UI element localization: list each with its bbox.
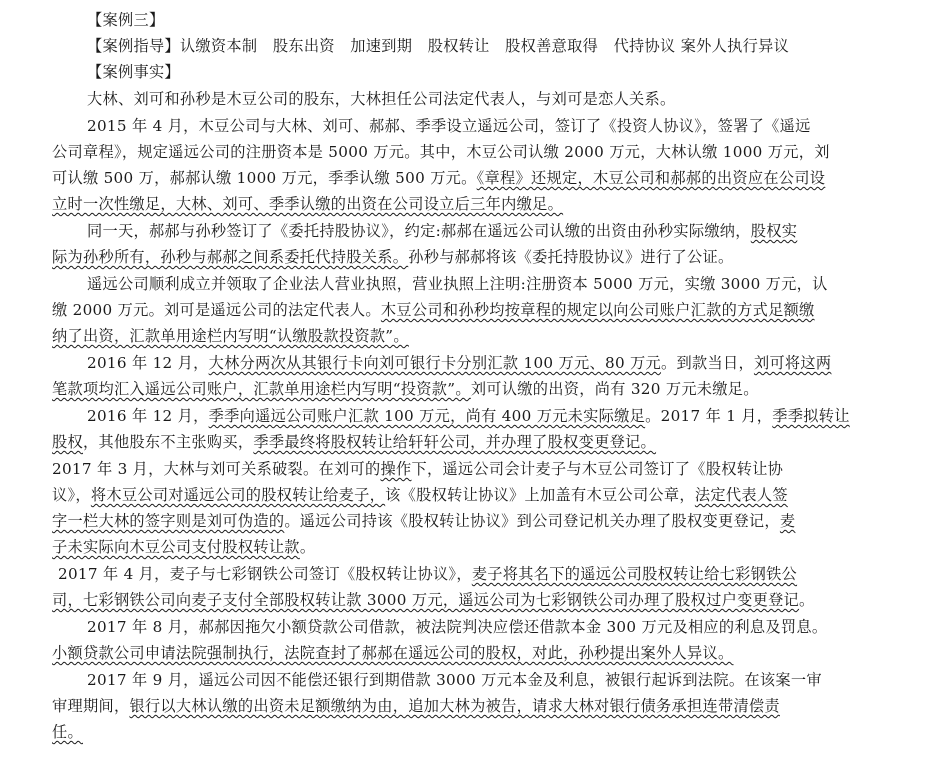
text-segment: 。遥远公司持该《股权转让协议》到公司登记机关办理了股权变更登记， — [284, 512, 780, 530]
text-segment: 。到款当日， — [661, 354, 754, 372]
underlined-text: 司，七彩钢铁公司向麦子支付全部股权转让款 3000 万元，遥远公司为七彩钢铁公司… — [52, 591, 799, 609]
underlined-text: 立时一次性缴足，大林、刘可、季季认缴的出资在公司设立后三年内缴足。 — [52, 195, 563, 213]
text-line: 大林、刘可和孙秒是木豆公司的股东，大林担任公司法定代表人，与刘可是恋人关系。 — [87, 89, 676, 109]
text-segment: 孙秒与郝郝将该《委托持股协议》进行了公证。 — [408, 248, 733, 266]
underlined-text: 麦 — [780, 512, 796, 530]
text-segment: 审理期间， — [52, 697, 129, 715]
text-segment: 【案例三】 — [87, 11, 164, 29]
text-segment: 。 — [799, 591, 815, 609]
text-line: 际为孙秒所有，孙秒与郝郝之间系委托代持股关系。孙秒与郝郝将该《委托持股协议》进行… — [52, 247, 733, 267]
text-segment: 同一天，郝郝与孙秒签订了《委托持股协议》，约定:郝郝在遥远公司认缴的出资由孙秒实… — [87, 222, 751, 240]
underlined-text: 刘可将这两 — [754, 354, 831, 372]
text-line: 审理期间，银行以大林认缴的出资未足额缴纳为由，追加大林为被告，请求大林对银行债务… — [52, 696, 780, 716]
text-segment: 缴 2000 万元。刘可是遥远公司的法定代表人。 — [52, 301, 381, 319]
text-segment: 【案例指导】认缴资本制 股东出资 加速到期 股权转让 股权善意取得 代持协议 案… — [87, 37, 789, 55]
underlined-text: 子未实际向木豆公司支付股权转让款 — [52, 538, 300, 556]
case-document: 【案例三】【案例指导】认缴资本制 股东出资 加速到期 股权转让 股权善意取得 代… — [0, 0, 928, 768]
text-line: 议》，将木豆公司对遥远公司的股权转让给麦子，该《股权转让协议》上加盖有木豆公司公… — [52, 485, 788, 505]
underlined-text: 笔款项均汇入遥远公司账户，汇款单用途栏内写明“投资款”。 — [52, 380, 471, 398]
text-line: 2017 年 4 月，麦子与七彩钢铁公司签订《股权转让协议》，麦子将其名下的遥远… — [58, 564, 797, 584]
underlined-text: 小额贷款公司申请法院强制执行，法院查封了郝郝在遥远公司的股权，对此，孙秒提出案外… — [52, 644, 733, 662]
text-line: 纳了出资，汇款单用途栏内写明“认缴股款投资款”。 — [52, 326, 409, 346]
text-line: 缴 2000 万元。刘可是遥远公司的法定代表人。木豆公司和孙秒均按章程的规定以向… — [52, 300, 815, 320]
text-segment: 公司章程》，规定遥远公司的注册资本是 5000 万元。其中，木豆公司认缴 200… — [52, 143, 830, 161]
text-line: 【案例三】 — [87, 10, 164, 30]
text-segment: 下，遥远公司会计麦子与木豆公司签订了《股权转让协 — [411, 460, 783, 478]
text-line: 笔款项均汇入遥远公司账户，汇款单用途栏内写明“投资款”。刘可认缴的出资，尚有 3… — [52, 379, 759, 399]
underlined-text: 季季拟转让 — [772, 407, 849, 425]
text-segment: 。2017 年 1 月， — [645, 407, 772, 425]
text-segment: 可认缴 500 万，郝郝认缴 1000 万元，季季认缴 500 万元。 — [52, 169, 477, 187]
text-segment: 该《股权转让协议》上加盖有木豆公司公章， — [385, 486, 695, 504]
underlined-text: 股权 — [52, 433, 83, 451]
text-line: 【案例事实】 — [87, 62, 180, 82]
text-line: 字一栏大林的签字则是刘可伪造的。遥远公司持该《股权转让协议》到公司登记机关办理了… — [52, 511, 795, 531]
underlined-text: 《章程》还规定，木豆公司和郝郝的出资应在公司设 — [477, 169, 826, 187]
text-segment: 2017 年 9 月，遥远公司因不能偿还银行到期借款 3000 万元本金及利息，… — [87, 671, 822, 689]
text-segment: 2016 年 12 月， — [87, 354, 209, 372]
text-line: 任。 — [52, 722, 83, 742]
text-line: 【案例指导】认缴资本制 股东出资 加速到期 股权转让 股权善意取得 代持协议 案… — [87, 36, 789, 56]
text-line: 2017 年 9 月，遥远公司因不能偿还银行到期借款 3000 万元本金及利息，… — [87, 670, 822, 690]
text-line: 子未实际向木豆公司支付股权转让款。 — [52, 537, 315, 557]
text-line: 2015 年 4 月，木豆公司与大林、刘可、郝郝、季季设立遥远公司，签订了《投资… — [87, 116, 811, 136]
underlined-text: 季季最终将股权转让给轩轩公司，并办理了股权变更登记。 — [253, 433, 656, 451]
underlined-text: 股权实 — [751, 222, 797, 240]
text-line: 可认缴 500 万，郝郝认缴 1000 万元，季季认缴 500 万元。《章程》还… — [52, 168, 825, 188]
underlined-text: 木豆公司和孙秒均按章程的规定以向公司账户汇款的方式足额缴 — [381, 301, 815, 319]
text-segment: 2017 年 4 月，麦子与七彩钢铁公司签订《股权转让协议》， — [58, 565, 472, 583]
text-line: 同一天，郝郝与孙秒签订了《委托持股协议》，约定:郝郝在遥远公司认缴的出资由孙秒实… — [87, 221, 797, 241]
text-segment: 大林、刘可和孙秒是木豆公司的股东，大林担任公司法定代表人，与刘可是恋人关系。 — [87, 90, 676, 108]
text-segment: 刘可认缴的出资，尚有 320 万元未缴足。 — [471, 380, 759, 398]
underlined-text: 纳了出资，汇款单用途栏内写明“认缴股款投资款”。 — [52, 327, 409, 345]
underlined-text: 大林分两次从其银行卡向刘可银行卡分别汇款 100 万元、80 万元 — [209, 354, 661, 372]
underlined-text: 字一栏大林的签字则是刘可伪造的 — [52, 512, 284, 530]
text-segment: 议》， — [52, 486, 91, 504]
text-line: 遥远公司顺利成立并领取了企业法人营业执照，营业执照上注明:注册资本 5000 万… — [87, 274, 828, 294]
text-line: 2016 年 12 月，大林分两次从其银行卡向刘可银行卡分别汇款 100 万元、… — [87, 353, 831, 373]
underlined-text: 将木豆公司对遥远公司的股权转让给麦子， — [91, 486, 385, 504]
text-line: 2017 年 3 月，大林与刘可关系破裂。在刘可的操作下，遥远公司会计麦子与木豆… — [52, 459, 783, 479]
text-line: 司，七彩钢铁公司向麦子支付全部股权转让款 3000 万元，遥远公司为七彩钢铁公司… — [52, 590, 815, 610]
underlined-text: 麦子将其名下的遥远公司股权转让给七彩钢铁公 — [472, 565, 797, 583]
text-segment: 2017 年 3 月，大林与刘可关系破裂。在刘可的 — [52, 460, 380, 478]
underlined-text: 操作 — [380, 460, 411, 478]
text-line: 2017 年 8 月，郝郝因拖欠小额贷款公司借款，被法院判决应偿还借款本金 30… — [87, 617, 827, 637]
text-segment: 2017 年 8 月，郝郝因拖欠小额贷款公司借款，被法院判决应偿还借款本金 30… — [87, 618, 827, 636]
text-segment: 。 — [300, 538, 316, 556]
text-line: 立时一次性缴足，大林、刘可、季季认缴的出资在公司设立后三年内缴足。 — [52, 194, 563, 214]
underlined-text: 际为孙秒所有，孙秒与郝郝之间系委托代持股关系。 — [52, 248, 408, 266]
text-line: 股权，其他股东不主张购买，季季最终将股权转让给轩轩公司，并办理了股权变更登记。 — [52, 432, 656, 452]
text-line: 2016 年 12 月，季季向遥远公司账户汇款 100 万元，尚有 400 万元… — [87, 406, 850, 426]
text-segment: ，其他股东不主张购买， — [83, 433, 253, 451]
text-segment: 遥远公司顺利成立并领取了企业法人营业执照，营业执照上注明:注册资本 5000 万… — [87, 275, 828, 293]
underlined-text: 法定代表人签 — [695, 486, 788, 504]
underlined-text: 任。 — [52, 723, 83, 741]
underlined-text: 银行以大林认缴的出资未足额缴纳为由，追加大林为被告，请求大林对银行债务承担连带清… — [129, 697, 779, 715]
text-line: 小额贷款公司申请法院强制执行，法院查封了郝郝在遥远公司的股权，对此，孙秒提出案外… — [52, 643, 733, 663]
text-segment: 【案例事实】 — [87, 63, 180, 81]
text-segment: 2016 年 12 月， — [87, 407, 209, 425]
text-segment: 2015 年 4 月，木豆公司与大林、刘可、郝郝、季季设立遥远公司，签订了《投资… — [87, 117, 811, 135]
underlined-text: 季季向遥远公司账户汇款 100 万元，尚有 400 万元未实际缴足 — [209, 407, 646, 425]
text-line: 公司章程》，规定遥远公司的注册资本是 5000 万元。其中，木豆公司认缴 200… — [52, 142, 830, 162]
